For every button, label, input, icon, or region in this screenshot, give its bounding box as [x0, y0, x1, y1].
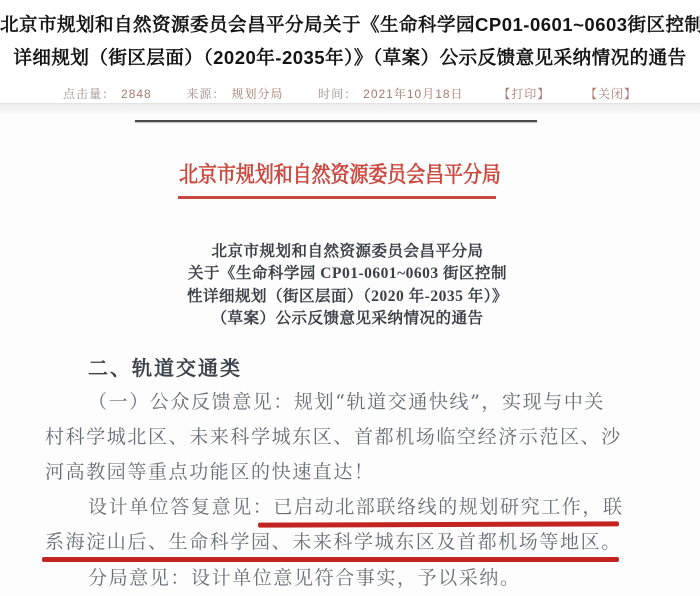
- document-title-line-2: 关于《生命科学园 CP01-0601~0603 街区控制: [145, 263, 550, 285]
- document-top-border: [135, 120, 537, 122]
- time-value: 2021年10月18日: [363, 87, 463, 101]
- document-body-line: 河高教园等重点功能区的快速直达！: [45, 461, 375, 484]
- hits-value: 2848: [121, 87, 152, 101]
- document-title-line-3: 性详细规划（街区层面）（2020 年-2035 年）》: [145, 286, 550, 308]
- document-scan: 北京市规划和自然资源委员会昌平分局 北京市规划和自然资源委员会昌平分局 关于《生…: [0, 103, 700, 596]
- time-label: 时间：: [318, 87, 357, 101]
- page-title-line-1: 北京市规划和自然资源委员会昌平分局关于《生命科学园CP01-0601~0603街…: [0, 8, 700, 41]
- document-body-line: 系海淀山后、生命科学园、未来科学城东区及首都机场等地区。: [45, 531, 622, 554]
- document-title-line-1: 北京市规划和自然资源委员会昌平分局: [145, 241, 550, 263]
- page-title: 北京市规划和自然资源委员会昌平分局关于《生命科学园CP01-0601~0603街…: [0, 8, 700, 74]
- page-title-line-2: 详细规划（街区层面）（2020年-2035年）》（草案）公示反馈意见采纳情况的通…: [0, 41, 700, 74]
- document-title: 北京市规划和自然资源委员会昌平分局 关于《生命科学园 CP01-0601~060…: [145, 241, 550, 330]
- red-underline-annotation: [258, 521, 619, 527]
- close-button[interactable]: 【关闭】: [585, 87, 637, 101]
- document-body-line: 分局意见：设计单位意见符合事实，予以采纳。: [88, 567, 521, 590]
- print-button[interactable]: 【打印】: [498, 87, 550, 101]
- document-title-line-4: （草案）公示反馈意见采纳情况的通告: [145, 308, 550, 330]
- document-body-line: （一）公众反馈意见：规划“轨道交通快线”，实现与中关: [88, 391, 605, 414]
- meta-bar: 点击量：2848 来源：规划分局 时间：2021年10月18日 【打印】 【关闭…: [0, 85, 700, 103]
- document-body-line: 设计单位答复意见：已启动北部联络线的规划研究工作，联: [88, 496, 624, 519]
- scan-top-edge: [0, 104, 700, 113]
- source-label: 来源：: [186, 87, 225, 101]
- letterhead-divider: [178, 196, 496, 199]
- hits-label: 点击量：: [63, 87, 115, 101]
- letterhead-title: 北京市规划和自然资源委员会昌平分局: [159, 158, 520, 189]
- red-underline-annotation: [42, 557, 619, 562]
- document-body-line: 村科学城北区、未来科学城东区、首都机场临空经济示范区、沙: [45, 426, 622, 449]
- source-value: 规划分局: [231, 87, 283, 101]
- section-heading: 二、轨道交通类: [88, 352, 242, 381]
